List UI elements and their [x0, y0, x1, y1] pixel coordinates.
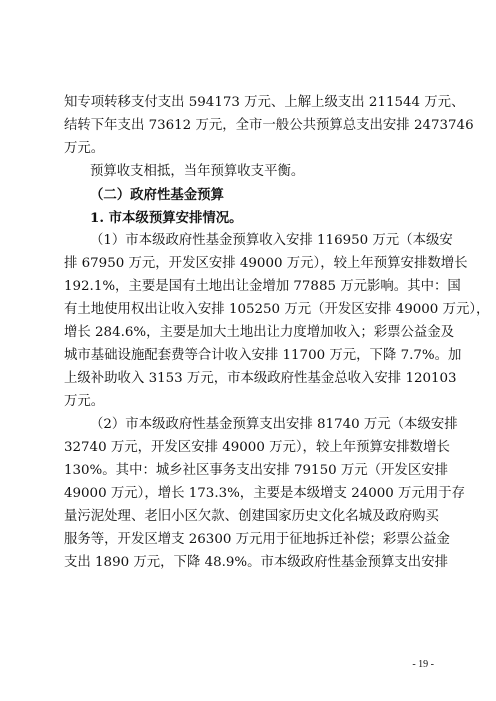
paragraph-line: 量污泥处理、老旧小区欠款、创建国家历史文化名城及政府购买	[64, 509, 434, 525]
paragraph-line: 有土地使用权出让收入安排 105250 万元（开发区安排 49000 万元），	[64, 302, 434, 318]
paragraph-line: （2）市本级政府性基金预算支出安排 81740 万元（本级安排	[90, 417, 434, 433]
paragraph-line: 预算收支相抵，当年预算收支平衡。	[90, 164, 434, 180]
paragraph-line: （1）市本级政府性基金预算收入安排 116950 万元（本级安	[90, 233, 434, 249]
paragraph-line: 结转下年支出 73612 万元，全市一般公共预算总支出安排 2473746	[64, 118, 434, 134]
section-heading: （二）政府性基金预算	[90, 187, 434, 203]
paragraph-line: 32740 万元，开发区安排 49000 万元），较上年预算安排数增长	[64, 440, 434, 456]
paragraph-line: 增长 284.6%，主要是加大土地出让力度增加收入；彩票公益金及	[64, 325, 434, 341]
paragraph-line: 服务等，开发区增支 26300 万元用于征地拆迁补偿；彩票公益金	[64, 532, 434, 548]
subsection-heading: 1. 市本级预算安排情况。	[90, 210, 434, 226]
paragraph-line: 上级补助收入 3153 万元，市本级政府性基金总收入安排 120103	[64, 371, 434, 387]
paragraph-line: 城市基础设施配套费等合计收入安排 11700 万元，下降 7.7%。加	[64, 348, 434, 364]
paragraph-line: 知专项转移支付支出 594173 万元、上解上级支出 211544 万元、	[64, 95, 434, 111]
paragraph-line: 130%。其中：城乡社区事务支出安排 79150 万元（开发区安排	[64, 463, 434, 479]
paragraph-line: 万元。	[64, 141, 434, 157]
paragraph-line: 支出 1890 万元，下降 48.9%。市本级政府性基金预算支出安排	[64, 555, 434, 571]
paragraph-line: 排 67950 万元，开发区安排 49000 万元），较上年预算安排数增长	[64, 256, 434, 272]
document-page: 知专项转移支付支出 594173 万元、上解上级支出 211544 万元、 结转…	[0, 0, 496, 701]
paragraph-line: 192.1%，主要是国有土地出让金增加 77885 万元影响。其中：国	[64, 279, 434, 295]
paragraph-line: 49000 万元），增长 173.3%，主要是本级增支 24000 万元用于存	[64, 486, 434, 502]
paragraph-line: 万元。	[64, 394, 434, 410]
page-number: - 19 -	[412, 659, 434, 670]
